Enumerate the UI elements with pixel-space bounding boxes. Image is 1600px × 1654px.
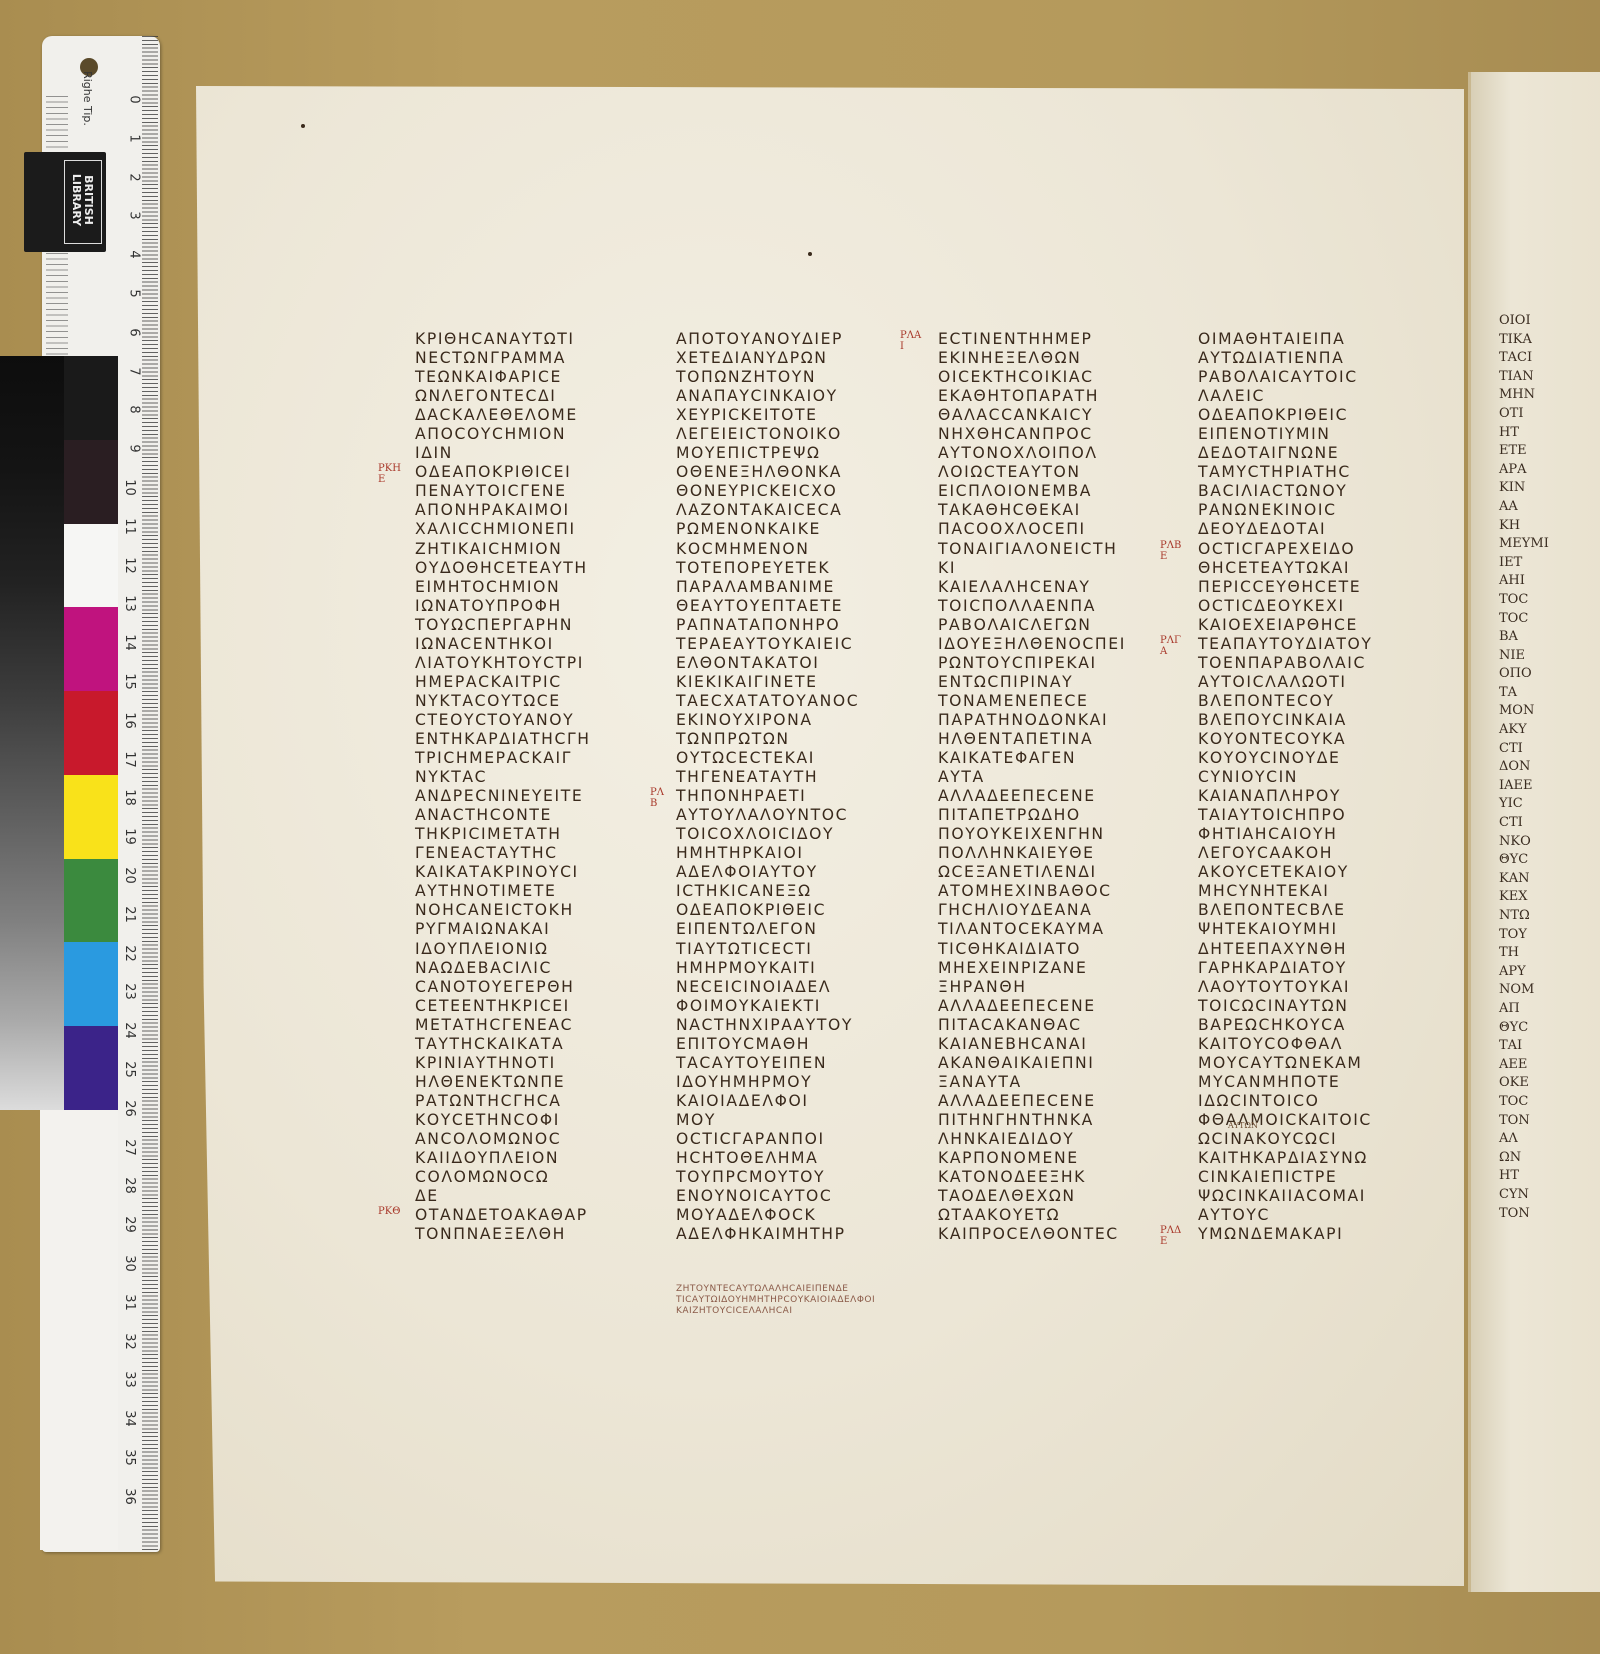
ruler-cm-label: 0 (126, 95, 141, 103)
manuscript-line: ΚΙ (938, 559, 1126, 578)
manuscript-line: ΤΟΥΩϹΠΕΡΓΑΡΗΝ (415, 616, 591, 635)
manuscript-line: ΛΕΓΕΙΕΙϹΤΟΝΟΙΚΟ (676, 425, 859, 444)
interlinear-correction: ΑΥΤΩΝ (1228, 1120, 1258, 1131)
manuscript-line: ϹΙΝΚΑΙΕΠΙϹΤΡΕ (1198, 1168, 1373, 1187)
ruler-cm-label: 30 (122, 1255, 137, 1272)
ruler-cm-label: 35 (122, 1449, 137, 1466)
manuscript-line: ΚΑΙΑΝΕΒΗϹΑΝΑΙ (938, 1035, 1126, 1054)
manuscript-line: ΤΟΕΝΠΑΡΑΒΟΛΑΙϹ (1198, 654, 1373, 673)
manuscript-line: ΠΕΡΙϹϹΕΥΘΗϹΕΤΕ (1198, 578, 1373, 597)
manuscript-line: ΒΑϹΙΛΙΑϹΤΩΝΟΥ (1198, 482, 1373, 501)
manuscript-line: ΕΝΟΥΝΟΙϹΑΥΤΟϹ (676, 1187, 859, 1206)
manuscript-line: ΘΟΝΕΥΡΙϹΚΕΙϹΧΟ (676, 482, 859, 501)
manuscript-line: ΑΝΑΠΑΥϹΙΝΚΑΙΟΥ (676, 387, 859, 406)
manuscript-line: ΤΑΥΤΗϹΚΑΙΚΑΤΑ (415, 1035, 591, 1054)
manuscript-line: ΤΟΤΕΠΟΡΕΥΕΤΕΚ (676, 559, 859, 578)
manuscript-line: ΑΛΛΑΔΕΕΠΕϹΕΝΕ (938, 997, 1126, 1016)
ruler-cm-label: 23 (122, 984, 137, 1001)
manuscript-line: ΥΜΩΝΔΕΜΑΚΑΡΙ (1198, 1225, 1373, 1244)
manuscript-line: ΜΥϹΑΝΜΗΠΟΤΕ (1198, 1073, 1373, 1092)
manuscript-line: ΦΗΤΙΑΗϹΑΙΟΥΗ (1198, 825, 1373, 844)
manuscript-line: ΩΤΑΑΚΟΥΕΤΩ (938, 1206, 1126, 1225)
manuscript-line: ΙΔΟΥΠΛΕΙΟΝΙΩ (415, 940, 591, 959)
manuscript-line: ΑΥΤΩΔΙΑΤΙΕΝΠΑ (1198, 349, 1373, 368)
manuscript-line: ΙΔΩϹΙΝΤΟΙϹΟ (1198, 1092, 1373, 1111)
manuscript-line: ΚΙΕΚΙΚΑΙΓΙΝΕΤΕ (676, 673, 859, 692)
manuscript-line: ΕΚΙΝΟΥΧΙΡΟΝΑ (676, 711, 859, 730)
manuscript-line: ΚΟϹΜΗΜΕΝΟΝ (676, 540, 859, 559)
manuscript-line: ΤΟΝΠΝΑΕΞΕΛΘΗ (415, 1225, 591, 1244)
manuscript-line: ΟΘΕΝΕΞΗΛΘΟΝΚΑ (676, 463, 859, 482)
ruler-inch-label: Righe Tip. (81, 71, 94, 126)
manuscript-line: ϹΟΛΟΜΩΝΟϹΩ (415, 1168, 591, 1187)
manuscript-line: ΤΟΙϹΟΧΛΟΙϹΙΔΟΥ (676, 825, 859, 844)
manuscript-line: ΜΗϹΥΝΗΤΕΚΑΙ (1198, 882, 1373, 901)
colour-swatch (64, 356, 118, 440)
colour-swatch (64, 775, 118, 859)
ruler-cm-label: 1 (126, 134, 141, 142)
ruler-cm-label: 12 (122, 557, 137, 574)
marginal-footnote: ΖΗΤΟΥΝΤΕϹΑΥΤΩΛΑΛΗϹΑΙΕΙΠΕΝΔΕΤΙϹΑΥΤΩΙΔΟΥΗΜ… (676, 1284, 875, 1317)
ruler-cm-label: 11 (122, 518, 137, 535)
manuscript-line: ΑΠΟϹΟΥϹΗΜΙΟΝ (415, 425, 591, 444)
section-number-rubric: ΡΚΗ Ε (378, 463, 401, 485)
manuscript-line: ΕΝΤΩϹΠΙΡΙΝΑΥ (938, 673, 1126, 692)
ruler-cm-label: 31 (122, 1294, 137, 1311)
footnote-line: ΚΑΙΖΗΤΟΥϹΙϹΕΛΑΛΗϹΑΙ (676, 1306, 875, 1317)
ruler-cm-label: 8 (126, 406, 141, 414)
manuscript-line: ΤΙΑΥΤΩΤΙϹΕϹΤΙ (676, 940, 859, 959)
manuscript-line: ΑΥΤΟΝΟΧΛΟΙΠΟΛ (938, 444, 1126, 463)
footnote-line: ΖΗΤΟΥΝΤΕϹΑΥΤΩΛΑΛΗϹΑΙΕΙΠΕΝΔΕ (676, 1284, 875, 1295)
ruler-cm-label: 18 (122, 790, 137, 807)
colour-swatch (64, 691, 118, 775)
manuscript-line: ΝΕϹΤΩΝΓΡΑΜΜΑ (415, 349, 591, 368)
manuscript-line: ΕϹΤΙΝΕΝΤΗΗΜΕΡ (938, 330, 1126, 349)
manuscript-line: ΔΕΟΥΔΕΔΟΤΑΙ (1198, 520, 1373, 539)
prick-mark (808, 252, 812, 256)
manuscript-line: ΑΥΤΟΥΛΑΛΟΥΝΤΟϹ (676, 806, 859, 825)
manuscript-line: ΠΕΝΑΥΤΟΙϹΓΕΝΕ (415, 482, 591, 501)
ruler-cm-label: 33 (122, 1372, 137, 1389)
manuscript-line: ΙΔΟΥΗΜΗΡΜΟΥ (676, 1073, 859, 1092)
manuscript-line: ΤΗΚΡΙϹΙΜΕΤΑΤΗ (415, 825, 591, 844)
manuscript-line: ΛΟΙΩϹΤΕΑΥΤΟΝ (938, 463, 1126, 482)
manuscript-line: ΑΛΛΑΔΕΕΠΕϹΕΝΕ (938, 787, 1126, 806)
manuscript-line: ΑΥΤΗΝΟΤΙΜΕΤΕ (415, 882, 591, 901)
manuscript-line: ΤΟΙϹΠΟΛΛΑΕΝΠΑ (938, 597, 1126, 616)
manuscript-line: ΚΡΙΝΙΑΥΤΗΝΟΤΙ (415, 1054, 591, 1073)
manuscript-line: ΔΕΔΟΤΑΙΓΝΩΝΕ (1198, 444, 1373, 463)
manuscript-line: ΤΑΕϹΧΑΤΑΤΟΥΑΝΟϹ (676, 692, 859, 711)
manuscript-line: ΗΛΘΕΝΤΑΠΕΤΙΝΑ (938, 730, 1126, 749)
manuscript-line: ΤΑΜΥϹΤΗΡΙΑΤΗϹ (1198, 463, 1373, 482)
manuscript-line: ΡΥΓΜΑΙΩΝΑΚΑΙ (415, 920, 591, 939)
section-number-rubric: ΡΚΘ (378, 1206, 400, 1217)
manuscript-line: ΡΑΠΝΑΤΑΠΟΝΗΡΟ (676, 616, 859, 635)
text-column-3: ΕϹΤΙΝΕΝΤΗΗΜΕΡΕΚΙΝΗΕΞΕΛΘΩΝΟΙϹΕΚΤΗϹΟΙΚΙΑϹΕ… (938, 330, 1126, 1244)
manuscript-line: ΤΕΡΑΕΑΥΤΟΥΚΑΙΕΙϹ (676, 635, 859, 654)
manuscript-line: ΤΗΓΕΝΕΑΤΑΥΤΗ (676, 768, 859, 787)
section-number-rubric: ΡΛΔ Ε (1160, 1225, 1181, 1247)
manuscript-line: ΡΩΝΤΟΥϹΠΙΡΕΚΑΙ (938, 654, 1126, 673)
manuscript-line: ΝΕϹΕΙϹΙΝΟΙΑΔΕΛ (676, 978, 859, 997)
text-column-4: ΟΙΜΑΘΗΤΑΙΕΙΠΑΑΥΤΩΔΙΑΤΙΕΝΠΑΡΑΒΟΛΑΙϹΑΥΤΟΙϹ… (1198, 330, 1373, 1244)
manuscript-line: ΟΥΔΟΘΗϹΕΤΕΑΥΤΗ (415, 559, 591, 578)
manuscript-line: ΙΔΙΝ (415, 444, 591, 463)
ruler-cm-label: 2 (126, 173, 141, 181)
manuscript-line: ΤΟΙϹΩϹΙΝΑΥΤΩΝ (1198, 997, 1373, 1016)
ruler-cm-label: 26 (122, 1100, 137, 1117)
manuscript-line: ΑΝΔΡΕϹΝΙΝΕΥΕΙΤΕ (415, 787, 591, 806)
next-leaf-edge: ΟΙΟΙ ΤΙΚΑ ΤΑϹΙ ΤΙΑΝ ΜΗΝ ΟΤΙ ΗΤ ΕΤΕ ΑΡΑ Κ… (1468, 72, 1600, 1592)
manuscript-line: ΚΟΥΟΥϹΙΝΟΥΔΕ (1198, 749, 1373, 768)
manuscript-line: ΧΕΥΡΙϹΚΕΙΤΟΤΕ (676, 406, 859, 425)
ruler-cm-label: 36 (122, 1488, 137, 1505)
manuscript-line: ΤΙΛΑΝΤΟϹΕΚΑΥΜΑ (938, 920, 1126, 939)
manuscript-line: ΚΑΙΟΙΑΔΕΛΦΟΙ (676, 1092, 859, 1111)
manuscript-line: ΒΛΕΠΟΝΤΕϹΟΥ (1198, 692, 1373, 711)
manuscript-line: ΛΙΑΤΟΥΚΗΤΟΥϹΤΡΙ (415, 654, 591, 673)
ruler-cm-label: 29 (122, 1216, 137, 1233)
manuscript-line: ΑΛΛΑΔΕΕΠΕϹΕΝΕ (938, 1092, 1126, 1111)
ruler-cm-label: 10 (122, 479, 137, 496)
manuscript-line: ΤΕΩΝΚΑΙΦΑΡΙϹΕ (415, 368, 591, 387)
manuscript-line: ΑΚΟΥϹΕΤΕΚΑΙΟΥ (1198, 863, 1373, 882)
manuscript-line: ΟϹΤΙϹΓΑΡΕΧΕΙΔΟ (1198, 540, 1373, 559)
manuscript-line: ΖΗΤΙΚΑΙϹΗΜΙΟΝ (415, 540, 591, 559)
manuscript-line: ΚΑΙΟΕΧΕΙΑΡΘΗϹΕ (1198, 616, 1373, 635)
manuscript-line: ΕΙΜΗΤΟϹΗΜΙΟΝ (415, 578, 591, 597)
manuscript-line: ΑΤΟΜΗΕΧΙΝΒΑΘΟϹ (938, 882, 1126, 901)
manuscript-line: ΞΗΡΑΝΘΗ (938, 978, 1126, 997)
text-column-1: ΚΡΙΘΗϹΑΝΑΥΤΩΤΙΝΕϹΤΩΝΓΡΑΜΜΑΤΕΩΝΚΑΙΦΑΡΙϹΕΩ… (415, 330, 591, 1244)
manuscript-line: ΜΕΤΑΤΗϹΓΕΝΕΑϹ (415, 1016, 591, 1035)
manuscript-line: ΕΙϹΠΛΟΙΟΝΕΜΒΑ (938, 482, 1126, 501)
manuscript-line: ΕΙΠΕΝΟΤΙΥΜΙΝ (1198, 425, 1373, 444)
manuscript-line: ΝΗΧΘΗϹΑΝΠΡΟϹ (938, 425, 1126, 444)
manuscript-line: ΚΑΙΚΑΤΑΚΡΙΝΟΥϹΙ (415, 863, 591, 882)
manuscript-line: ΘΑΛΑϹϹΑΝΚΑΙϹΥ (938, 406, 1126, 425)
manuscript-line: ΤΙϹΘΗΚΑΙΔΙΑΤΟ (938, 940, 1126, 959)
ruler-cm-label: 19 (122, 828, 137, 845)
next-leaf-text: ΟΙΟΙ ΤΙΚΑ ΤΑϹΙ ΤΙΑΝ ΜΗΝ ΟΤΙ ΗΤ ΕΤΕ ΑΡΑ Κ… (1499, 312, 1600, 1223)
colour-swatch (64, 859, 118, 943)
ruler-cm-label: 15 (122, 673, 137, 690)
manuscript-line: ΟΙϹΕΚΤΗϹΟΙΚΙΑϹ (938, 368, 1126, 387)
manuscript-line: ΤΟΥΠΡϹΜΟΥΤΟΥ (676, 1168, 859, 1187)
manuscript-line: ΚΟΥΟΝΤΕϹΟΥΚΑ (1198, 730, 1373, 749)
manuscript-line: ΚΑΙΕΛΑΛΗϹΕΝΑΥ (938, 578, 1126, 597)
manuscript-line: ΔΕ (415, 1187, 591, 1206)
manuscript-line: ΚΑΡΠΟΝΟΜΕΝΕ (938, 1149, 1126, 1168)
manuscript-line: ΑΝϹΟΛΟΜΩΝΟϹ (415, 1130, 591, 1149)
manuscript-line: ΕΙΠΕΝΤΩΛΕΓΟΝ (676, 920, 859, 939)
manuscript-line: ΚΡΙΘΗϹΑΝΑΥΤΩΤΙ (415, 330, 591, 349)
manuscript-line: ΠΑΡΑΛΑΜΒΑΝΙΜΕ (676, 578, 859, 597)
manuscript-line: ΛΑΟΥΤΟΥΤΟΥΚΑΙ (1198, 978, 1373, 997)
ruler-cm-label: 4 (126, 251, 141, 259)
manuscript-line: ΟϹΤΙϹΓΑΡΑΝΠΟΙ (676, 1130, 859, 1149)
ruler-cm-label: 27 (122, 1139, 137, 1156)
manuscript-line: ΠΑΡΑΤΗΝΟΔΟΝΚΑΙ (938, 711, 1126, 730)
ruler-cm-label: 16 (122, 712, 137, 729)
manuscript-line: ΗΜΕΡΑϹΚΑΙΤΡΙϹ (415, 673, 591, 692)
manuscript-line: ΤΡΙϹΗΜΕΡΑϹΚΑΙΓ (415, 749, 591, 768)
manuscript-line: ΝΑΩΔΕΒΑϹΙΛΙϹ (415, 959, 591, 978)
manuscript-line: ΘΗϹΕΤΕΑΥΤΩΚΑΙ (1198, 559, 1373, 578)
ruler-cm-label: 28 (122, 1178, 137, 1195)
manuscript-line: ΗϹΗΤΟΘΕΛΗΜΑ (676, 1149, 859, 1168)
manuscript-line: ΑΔΕΛΦΟΙΑΥΤΟΥ (676, 863, 859, 882)
ruler-cm-label: 3 (126, 212, 141, 220)
manuscript-line: ΔΑϹΚΑΛΕΘΕΛΟΜΕ (415, 406, 591, 425)
manuscript-line: ΚΟΥϹΕΤΗΝϹΟΦΙ (415, 1111, 591, 1130)
ruler-cm-label: 21 (122, 906, 137, 923)
manuscript-line: ΡΑΝΩΝΕΚΙΝΟΙϹ (1198, 501, 1373, 520)
manuscript-line: ΛΑΖΟΝΤΑΚΑΙϹΕϹΑ (676, 501, 859, 520)
colour-swatches (64, 356, 118, 1110)
british-library-badge: BRITISH LIBRARY (24, 152, 106, 252)
manuscript-line: ΟΔΕΑΠΟΚΡΙΘΙϹΕΙ (415, 463, 591, 482)
manuscript-line: ϹΥΝΙΟΥϹΙΝ (1198, 768, 1373, 787)
ruler-cm-label: 17 (122, 751, 137, 768)
manuscript-line: ΝΑϹΤΗΝΧΙΡΑΑΥΤΟΥ (676, 1016, 859, 1035)
text-column-2: ΑΠΟΤΟΥΑΝΟΥΔΙΕΡΧΕΤΕΔΙΑΝΥΔΡΩΝΤΟΠΩΝΖΗΤΟΥΝΑΝ… (676, 330, 859, 1244)
manuscript-line: ΙΩΝΑϹΕΝΤΗΚΟΙ (415, 635, 591, 654)
manuscript-line: ΑΥΤΟΥϹ (1198, 1206, 1373, 1225)
manuscript-line: ΟΤΑΝΔΕΤΟΑΚΑΘΑΡ (415, 1206, 591, 1225)
manuscript-line: ΡΩΜΕΝΟΝΚΑΙΚΕ (676, 520, 859, 539)
manuscript-line: ΚΑΤΟΝΟΔΕΕΞΗΚ (938, 1168, 1126, 1187)
manuscript-line: ΜΟΥΑΔΕΛΦΟϹΚ (676, 1206, 859, 1225)
manuscript-line: ΛΕΓΟΥϹΑΑΚΟΗ (1198, 844, 1373, 863)
manuscript-line: ΠΟΛΛΗΝΚΑΙΕΥΘΕ (938, 844, 1126, 863)
manuscript-line: ΚΑΙΚΑΤΕΦΑΓΕΝ (938, 749, 1126, 768)
manuscript-line: ΠΙΤΗΝΓΗΝΤΗΝΚΑ (938, 1111, 1126, 1130)
footnote-line: ΤΙϹΑΥΤΩΙΔΟΥΗΜΗΤΗΡϹΟΥΚΑΙΟΙΑΔΕΛΦΟΙ (676, 1295, 875, 1306)
manuscript-line: ΚΑΙΤΟΥϹΟΦΘΑΛ (1198, 1035, 1373, 1054)
colour-swatch (64, 1026, 118, 1110)
manuscript-line: ΙΩΝΑΤΟΥΠΡΟΦΗ (415, 597, 591, 616)
manuscript-line: ΟΥΤΩϹΕϹΤΕΚΑΙ (676, 749, 859, 768)
manuscript-line: ΑΝΑϹΤΗϹΟΝΤΕ (415, 806, 591, 825)
section-number-rubric: ΡΛΑ Ι (900, 330, 921, 352)
manuscript-line: ΝΟΗϹΑΝΕΙϹΤΟΚΗ (415, 901, 591, 920)
manuscript-line: ΘΕΑΥΤΟΥΕΠΤΑΕΤΕ (676, 597, 859, 616)
manuscript-line: ΙΔΟΥΕΞΗΛΘΕΝΟϹΠΕΙ (938, 635, 1126, 654)
ruler-cm-label: 24 (122, 1022, 137, 1039)
manuscript-line: ΒΑΡΕΩϹΗΚΟΥϹΑ (1198, 1016, 1373, 1035)
manuscript-line: ΑΠΟΝΗΡΑΚΑΙΜΟΙ (415, 501, 591, 520)
manuscript-line: ΩϹΙΝΑΚΟΥϹΩϹΙ (1198, 1130, 1373, 1149)
manuscript-line: ϹΕΤΕΕΝΤΗΚΡΙϹΕΙ (415, 997, 591, 1016)
manuscript-line: ΧΕΤΕΔΙΑΝΥΔΡΩΝ (676, 349, 859, 368)
prick-mark (301, 124, 305, 128)
manuscript-line: ΟΔΕΑΠΟΚΡΙΘΕΙϹ (1198, 406, 1373, 425)
manuscript-line: ΕΚΑΘΗΤΟΠΑΡΑΤΗ (938, 387, 1126, 406)
manuscript-line: ΓΕΝΕΑϹΤΑΥΤΗϹ (415, 844, 591, 863)
manuscript-line: ΩϹΕΞΑΝΕΤΙΛΕΝΔΙ (938, 863, 1126, 882)
colour-swatch (64, 440, 118, 524)
manuscript-line: ΕΠΙΤΟΥϹΜΑΘΗ (676, 1035, 859, 1054)
paper-strip (40, 1110, 118, 1550)
manuscript-line: ΙϹΤΗΚΙϹΑΝΕΞΩ (676, 882, 859, 901)
colour-swatch (64, 942, 118, 1026)
manuscript-line: ΤΑϹΑΥΤΟΥΕΙΠΕΝ (676, 1054, 859, 1073)
ruler-cm-label: 25 (122, 1061, 137, 1078)
manuscript-line: ΡΑΒΟΛΑΙϹΑΥΤΟΙϹ (1198, 368, 1373, 387)
colour-swatch (64, 607, 118, 691)
manuscript-line: ΞΑΝΑΥΤΑ (938, 1073, 1126, 1092)
manuscript-line: ΚΑΙΙΔΟΥΠΛΕΙΟΝ (415, 1149, 591, 1168)
section-number-rubric: ΡΛΒ Ε (1160, 540, 1181, 562)
manuscript-line: ΜΟΥ (676, 1111, 859, 1130)
manuscript-line: ΜΗΕΧΕΙΝΡΙΖΑΝΕ (938, 959, 1126, 978)
ruler-cm-label: 9 (126, 445, 141, 453)
manuscript-line: ΦΘΑΛΜΟΙϹΚΑΙΤΟΙϹ (1198, 1111, 1373, 1130)
manuscript-line: ΕΚΙΝΗΕΞΕΛΘΩΝ (938, 349, 1126, 368)
manuscript-line: ΜΟΥΕΠΙϹΤΡΕΨΩ (676, 444, 859, 463)
manuscript-line: ΝΥΚΤΑϹ (415, 768, 591, 787)
manuscript-line: ΡΑΒΟΛΑΙϹΛΕΓΩΝ (938, 616, 1126, 635)
manuscript-line: ΒΛΕΠΟΥϹΙΝΚΑΙΑ (1198, 711, 1373, 730)
ruler-cm-label: 13 (122, 596, 137, 613)
manuscript-line: ΑΚΑΝΘΑΙΚΑΙΕΠΝΙ (938, 1054, 1126, 1073)
manuscript-line: ΓΗϹΗΛΙΟΥΔΕΑΝΑ (938, 901, 1126, 920)
manuscript-line: ΗΜΗΤΗΡΚΑΙΟΙ (676, 844, 859, 863)
manuscript-line: ΑΥΤΑ (938, 768, 1126, 787)
manuscript-line: ΑΔΕΛΦΗΚΑΙΜΗΤΗΡ (676, 1225, 859, 1244)
colour-swatch (64, 524, 118, 608)
badge-text: BRITISH LIBRARY (70, 170, 94, 230)
manuscript-line: ΚΑΙΤΗΚΑΡΔΙΑΣΥΝΩ (1198, 1149, 1373, 1168)
manuscript-line: ΑΠΟΤΟΥΑΝΟΥΔΙΕΡ (676, 330, 859, 349)
manuscript-line: ΛΑΛΕΙϹ (1198, 387, 1373, 406)
manuscript-line: ϹΑΝΟΤΟΥΕΓΕΡΘΗ (415, 978, 591, 997)
manuscript-line: ΤΗΠΟΝΗΡΑΕΤΙ (676, 787, 859, 806)
manuscript-line: ΤΟΝΑΜΕΝΕΠΕϹΕ (938, 692, 1126, 711)
greyscale-strip (0, 356, 64, 1110)
manuscript-line: ΦΟΙΜΟΥΚΑΙΕΚΤΙ (676, 997, 859, 1016)
manuscript-line: ΧΑΛΙϹϹΗΜΙΟΝΕΠΙ (415, 520, 591, 539)
manuscript-line: ΤΩΝΠΡΩΤΩΝ (676, 730, 859, 749)
manuscript-line: ΕΝΤΗΚΑΡΔΙΑΤΗϹΓΗ (415, 730, 591, 749)
manuscript-line: ΩΝΛΕΓΟΝΤΕϹΔΙ (415, 387, 591, 406)
manuscript-line: ΡΑΤΩΝΤΗϹΓΗϹΑ (415, 1092, 591, 1111)
manuscript-line: ΗΛΘΕΝΕΚΤΩΝΠΕ (415, 1073, 591, 1092)
manuscript-line: ΤΑΙΑΥΤΟΙϹΗΠΡΟ (1198, 806, 1373, 825)
manuscript-line: ΤΑΟΔΕΛΘΕΧΩΝ (938, 1187, 1126, 1206)
manuscript-line: ΨΗΤΕΚΑΙΟΥΜΗΙ (1198, 920, 1373, 939)
section-number-rubric: ΡΛΓ Α (1160, 635, 1181, 657)
manuscript-line: ΠΙΤΑϹΑΚΑΝΘΑϹ (938, 1016, 1126, 1035)
manuscript-line: ΠΑϹΟΟΧΛΟϹΕΠΙ (938, 520, 1126, 539)
ruler-cm-label: 32 (122, 1333, 137, 1350)
manuscript-line: ΜΟΥϹΑΥΤΩΝΕΚΑΜ (1198, 1054, 1373, 1073)
manuscript-line: ΓΑΡΗΚΑΡΔΙΑΤΟΥ (1198, 959, 1373, 978)
ruler-cm-label: 14 (122, 634, 137, 651)
ruler-cm-label: 20 (122, 867, 137, 884)
manuscript-line: ΒΛΕΠΟΝΤΕϹΒΛΕ (1198, 901, 1373, 920)
manuscript-line: ΠΙΤΑΠΕΤΡΩΔΗΟ (938, 806, 1126, 825)
manuscript-line: ΔΗΤΕΕΠΑΧΥΝΘΗ (1198, 940, 1373, 959)
ruler-cm-label: 22 (122, 945, 137, 962)
manuscript-line: ΤΟΠΩΝΖΗΤΟΥΝ (676, 368, 859, 387)
manuscript-line: ΟΙΜΑΘΗΤΑΙΕΙΠΑ (1198, 330, 1373, 349)
manuscript-line: ΟΔΕΑΠΟΚΡΙΘΕΙϹ (676, 901, 859, 920)
manuscript-line: ΨΩϹΙΝΚΑΙΙΑϹΟΜΑΙ (1198, 1187, 1373, 1206)
manuscript-line: ΤΑΚΑΘΗϹΘΕΚΑΙ (938, 501, 1126, 520)
ruler-cm-label: 34 (122, 1410, 137, 1427)
manuscript-line: ΤΕΑΠΑΥΤΟΥΔΙΑΤΟΥ (1198, 635, 1373, 654)
ruler-cm-label: 7 (126, 367, 141, 375)
section-number-rubric: ΡΛ Β (650, 787, 664, 809)
manuscript-line: ΠΟΥΟΥΚΕΙΧΕΝΓΗΝ (938, 825, 1126, 844)
colour-target (0, 356, 118, 1110)
manuscript-line: ΕΛΘΟΝΤΑΚΑΤΟΙ (676, 654, 859, 673)
manuscript-line: ΛΗΝΚΑΙΕΔΙΔΟΥ (938, 1130, 1126, 1149)
manuscript-line: ϹΤΕΟΥϹΤΟΥΑΝΟΥ (415, 711, 591, 730)
manuscript-line: ΤΟΝΑΙΓΙΑΛΟΝΕΙϹΤΗ (938, 540, 1126, 559)
manuscript-line: ΚΑΙΑΝΑΠΛΗΡΟΥ (1198, 787, 1373, 806)
manuscript-line: ΗΜΗΡΜΟΥΚΑΙΤΙ (676, 959, 859, 978)
manuscript-line: ΝΥΚΤΑϹΟΥΤΩϹΕ (415, 692, 591, 711)
manuscript-line: ΑΥΤΟΙϹΛΑΛΩΟΤΙ (1198, 673, 1373, 692)
manuscript-line: ΟϹΤΙϹΔΕΟΥΚΕΧΙ (1198, 597, 1373, 616)
ruler-cm-label: 6 (126, 328, 141, 336)
manuscript-line: ΚΑΙΠΡΟϹΕΛΘΟΝΤΕϹ (938, 1225, 1126, 1244)
ruler-cm-label: 5 (126, 289, 141, 297)
